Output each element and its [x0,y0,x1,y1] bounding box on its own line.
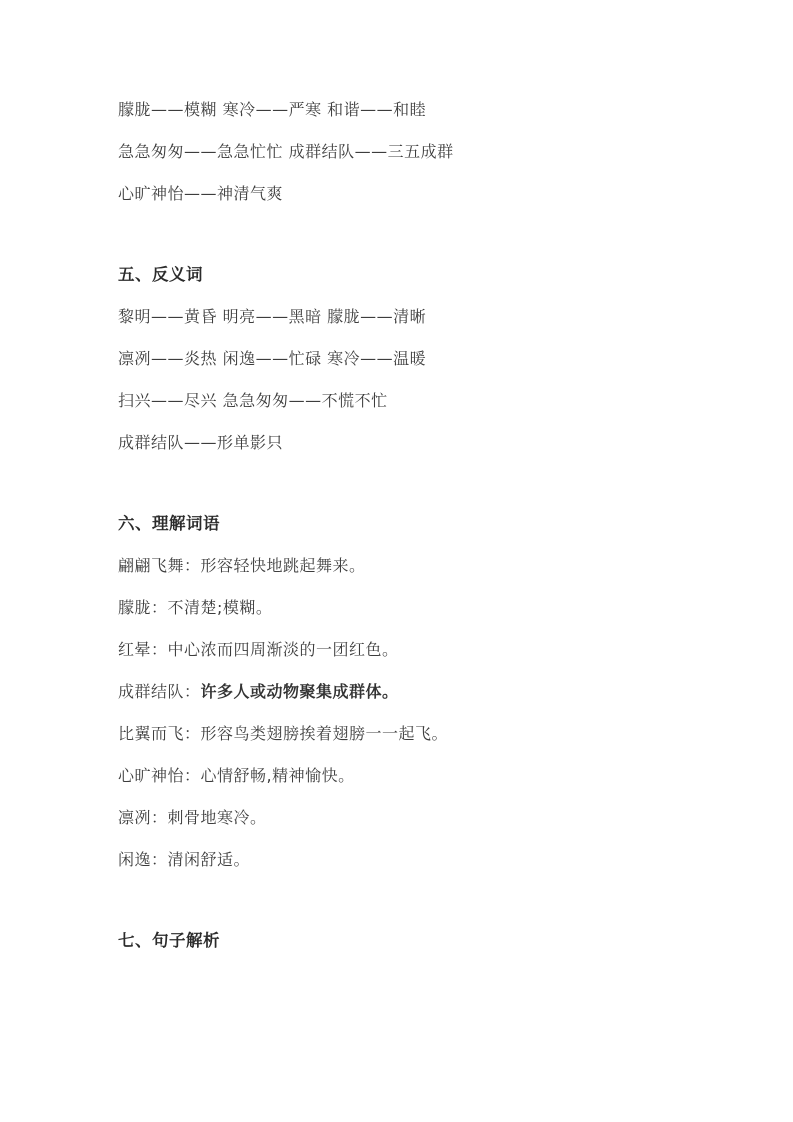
synonym-pair-line: 心旷神怡——神清气爽 [118,183,733,204]
section-heading-antonyms: 五、反义词 [118,264,733,285]
antonym-pair-line: 凛冽——炎热 闲逸——忙碌 寒冷——温暖 [118,348,733,369]
term-definition: 不清楚;模糊。 [168,598,273,617]
term-label: 翩翩飞舞 [118,556,184,575]
synonym-pair-line: 朦胧——模糊 寒冷——严寒 和谐——和睦 [118,99,733,120]
antonym-pair-line: 成群结队——形单影只 [118,432,733,453]
definition-entry: 闲逸：清闲舒适。 [118,849,733,870]
term-colon: ： [184,556,201,575]
term-label: 成群结队 [118,682,184,701]
term-definition: 清闲舒适。 [168,850,251,869]
section-heading-word-meanings: 六、理解词语 [118,513,733,534]
term-colon: ： [184,724,201,743]
term-definition: 许多人或动物聚集成群体。 [201,682,399,701]
term-definition: 中心浓而四周渐淡的一团红色。 [168,640,399,659]
definition-entry: 成群结队：许多人或动物聚集成群体。 [118,681,733,702]
antonym-pair-line: 黎明——黄昏 明亮——黑暗 朦胧——清晰 [118,306,733,327]
definition-entry: 朦胧：不清楚;模糊。 [118,597,733,618]
term-label: 心旷神怡 [118,766,184,785]
antonym-pair-line: 扫兴——尽兴 急急匆匆——不慌不忙 [118,390,733,411]
term-colon: ： [184,682,201,701]
definition-entry: 比翼而飞：形容鸟类翅膀挨着翅膀一一起飞。 [118,723,733,744]
section-heading-sentence-analysis: 七、句子解析 [118,930,733,951]
term-colon: ： [151,850,168,869]
term-colon: ： [151,598,168,617]
synonym-pair-line: 急急匆匆——急急忙忙 成群结队——三五成群 [118,141,733,162]
term-colon: ： [151,640,168,659]
term-colon: ： [184,766,201,785]
term-label: 凛冽 [118,808,151,827]
term-label: 红晕 [118,640,151,659]
definition-entry: 心旷神怡：心情舒畅,精神愉快。 [118,765,733,786]
definition-entry: 红晕：中心浓而四周渐淡的一团红色。 [118,639,733,660]
term-colon: ： [151,808,168,827]
term-definition: 刺骨地寒冷。 [168,808,267,827]
term-definition: 心情舒畅,精神愉快。 [201,766,355,785]
document-page: 朦胧——模糊 寒冷——严寒 和谐——和睦 急急匆匆——急急忙忙 成群结队——三五… [0,0,793,1122]
term-definition: 形容轻快地跳起舞来。 [201,556,366,575]
term-definition: 形容鸟类翅膀挨着翅膀一一起飞。 [201,724,449,743]
definition-entry: 翩翩飞舞：形容轻快地跳起舞来。 [118,555,733,576]
term-label: 比翼而飞 [118,724,184,743]
definition-entry: 凛冽：刺骨地寒冷。 [118,807,733,828]
term-label: 闲逸 [118,850,151,869]
term-label: 朦胧 [118,598,151,617]
